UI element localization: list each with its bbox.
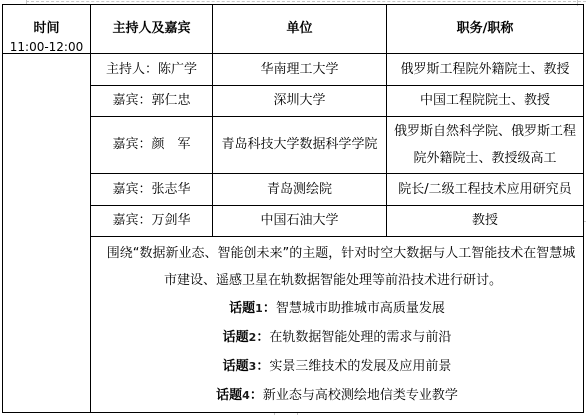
title-cell: 院长/二级工程技术应用研究员 <box>387 174 584 206</box>
table-row: 嘉宾：张志华 青岛测绘院 院长/二级工程技术应用研究员 <box>3 174 584 206</box>
topic-item: 话题1：智慧城市助推城市高质量发展 <box>91 294 583 323</box>
title-cell: 俄罗斯工程院外籍院士、教授 <box>387 54 584 86</box>
organization-cell: 青岛测绘院 <box>213 174 387 206</box>
topic-separator: ： <box>256 359 269 374</box>
topic-number: 1 <box>255 302 263 315</box>
topic-text: 实景三维技术的发展及应用前景 <box>269 359 451 374</box>
time-slot-cell: 11:00-12:00 <box>3 54 91 413</box>
organization-cell: 中国石油大学 <box>213 206 387 237</box>
topic-text: 在轨数据智能处理的需求与前沿 <box>269 330 451 345</box>
title-line-2: 院外籍院士、教授级高工 <box>387 145 583 172</box>
title-cell: 中国工程院院士、教授 <box>387 86 584 117</box>
topic-text: 新业态与高校测绘地信类专业教学 <box>263 388 458 403</box>
schedule-table: 时间 主持人及嘉宾 单位 职务/职称 11:00-12:00 主持人：陈广学 华… <box>2 4 584 413</box>
header-host-guest: 主持人及嘉宾 <box>91 5 213 54</box>
header-title: 职务/职称 <box>387 5 584 54</box>
topic-label: 话题 <box>223 330 249 345</box>
organization-cell: 青岛科技大学数据科学学院 <box>213 117 387 174</box>
topic-item: 话题3：实景三维技术的发展及应用前景 <box>91 352 583 381</box>
intro-line-2: 市建设、遥感卫星在轨数据智能处理等前沿技术进行研讨。 <box>164 273 502 288</box>
title-cell: 教授 <box>387 206 584 237</box>
topic-separator: ： <box>263 301 276 316</box>
person-cell: 嘉宾：颜 军 <box>91 117 213 174</box>
title-line-1: 俄罗斯自然科学院、俄罗斯工程 <box>387 118 583 145</box>
topic-label: 话题 <box>216 388 242 403</box>
title-cell: 俄罗斯自然科学院、俄罗斯工程 院外籍院士、教授级高工 <box>387 117 584 174</box>
description-intro: 围绕“数据新业态、智能创未来”的主题，针对时空大数据与人工智能技术在智慧城市建设… <box>91 240 583 294</box>
table-row: 11:00-12:00 主持人：陈广学 华南理工大学 俄罗斯工程院外籍院士、教授 <box>3 54 584 86</box>
person-cell: 嘉宾：郭仁忠 <box>91 86 213 117</box>
intro-line-1: 围绕“数据新业态、智能创未来”的主题，针对时空大数据与人工智能技术在智慧城 <box>107 246 575 261</box>
organization-cell: 华南理工大学 <box>213 54 387 86</box>
person-cell: 嘉宾：张志华 <box>91 174 213 206</box>
person-cell: 嘉宾：万剑华 <box>91 206 213 237</box>
topic-text: 智慧城市助推城市高质量发展 <box>276 301 445 316</box>
topic-separator: ： <box>256 330 269 345</box>
person-cell: 主持人：陈广学 <box>91 54 213 86</box>
topic-number: 4 <box>242 389 250 402</box>
topic-separator: ： <box>250 388 263 403</box>
topic-label: 话题 <box>223 359 249 374</box>
topic-label: 话题 <box>229 301 255 316</box>
table-row: 嘉宾：颜 军 青岛科技大学数据科学学院 俄罗斯自然科学院、俄罗斯工程 院外籍院士… <box>3 117 584 174</box>
table-row: 嘉宾：郭仁忠 深圳大学 中国工程院院士、教授 <box>3 86 584 117</box>
description-cell: 围绕“数据新业态、智能创未来”的主题，针对时空大数据与人工智能技术在智慧城市建设… <box>91 237 584 413</box>
topic-item: 话题4：新业态与高校测绘地信类专业教学 <box>91 381 583 410</box>
page-margin-guide <box>26 1 586 2</box>
header-organization: 单位 <box>213 5 387 54</box>
organization-cell: 深圳大学 <box>213 86 387 117</box>
topic-item: 话题2：在轨数据智能处理的需求与前沿 <box>91 323 583 352</box>
time-slot: 11:00-12:00 <box>3 39 90 55</box>
table-row: 嘉宾：万剑华 中国石油大学 教授 <box>3 206 584 237</box>
description-row: 围绕“数据新业态、智能创未来”的主题，针对时空大数据与人工智能技术在智慧城市建设… <box>3 237 584 413</box>
